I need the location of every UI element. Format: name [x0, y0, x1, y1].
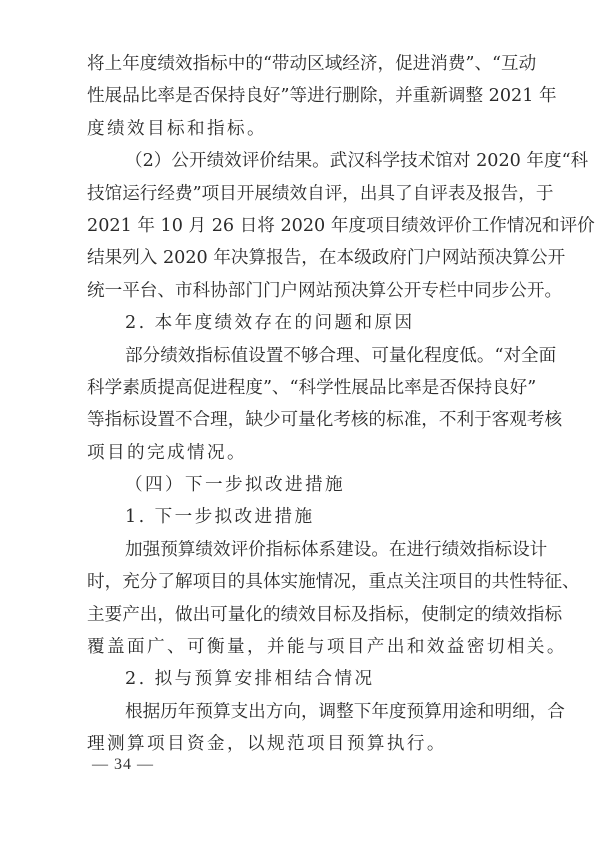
text-line: 技馆运行经费”项目开展绩效自评，出具了自评表及报告，于 [87, 178, 513, 210]
text-line: 项目的完成情况。 [87, 437, 513, 469]
text-line: （2）公开绩效评价结果。武汉科学技术馆对 2020 年度“科 [87, 145, 513, 177]
text-line: 覆盖面广、可衡量，并能与项目产出和效益密切相关。 [87, 631, 513, 663]
text-line: 度绩效目标和指标。 [87, 113, 513, 145]
text-line: 结果列入 2020 年决算报告，在本级政府门户网站预决算公开 [87, 242, 513, 274]
text-line: 等指标设置不合理，缺少可量化考核的标准，不利于客观考核 [87, 404, 513, 436]
subsection-heading: 2. 拟与预算安排相结合情况 [87, 663, 513, 695]
text-line: 时，充分了解项目的具体实施情况，重点关注项目的共性特征、 [87, 566, 513, 598]
subsection-heading: 1. 下一步拟改进措施 [87, 501, 513, 533]
text-line: 根据历年预算支出方向，调整下年度预算用途和明细，合 [87, 696, 513, 728]
text-line: 将上年度绩效指标中的“带动区域经济，促进消费”、“互动 [87, 48, 513, 80]
text-line: 性展品比率是否保持良好”等进行删除，并重新调整 2021 年 [87, 80, 513, 112]
text-line: 部分绩效指标值设置不够合理、可量化程度低。“对全面 [87, 340, 513, 372]
body-text: 将上年度绩效指标中的“带动区域经济，促进消费”、“互动 性展品比率是否保持良好”… [87, 48, 513, 761]
section-heading: （四）下一步拟改进措施 [87, 469, 513, 501]
document-page: 将上年度绩效指标中的“带动区域经济，促进消费”、“互动 性展品比率是否保持良好”… [0, 0, 600, 848]
section-heading: 2. 本年度绩效存在的问题和原因 [87, 307, 513, 339]
text-line: 加强预算绩效评价指标体系建设。在进行绩效指标设计 [87, 534, 513, 566]
text-line: 2021 年 10 月 26 日将 2020 年度项目绩效评价工作情况和评价 [87, 210, 513, 242]
page-number: — 34 — [92, 756, 154, 774]
text-line: 科学素质提高促进程度”、“科学性展品比率是否保持良好” [87, 372, 513, 404]
text-line: 主要产出，做出可量化的绩效目标及指标，使制定的绩效指标 [87, 599, 513, 631]
text-line: 统一平台、市科协部门门户网站预决算公开专栏中同步公开。 [87, 275, 513, 307]
